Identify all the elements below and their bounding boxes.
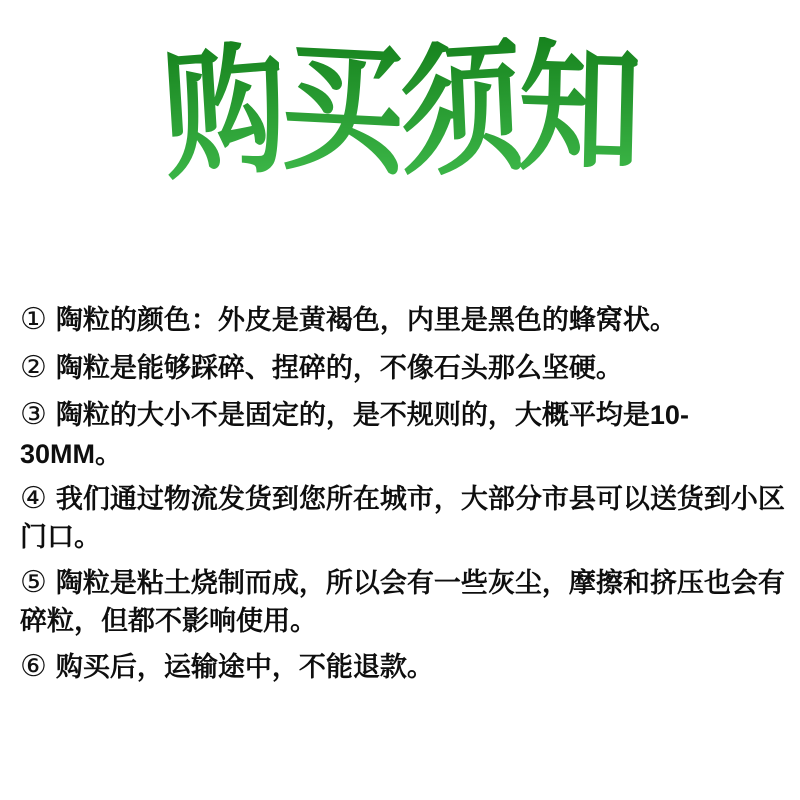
notice-text-2: 陶粒是能够踩碎、捏碎的，不像石头那么坚硬。 bbox=[56, 353, 623, 383]
notice-text-1: 陶粒的颜色：外皮是黄褐色，内里是黑色的蜂窝状。 bbox=[56, 305, 677, 335]
notice-number-6: ⑥ bbox=[20, 650, 47, 683]
notice-item-3: ③陶粒的大小不是固定的，是不规则的，大概平均是10-30MM。 bbox=[20, 395, 790, 472]
purchase-notice-page: 购买须知 ①陶粒的颜色：外皮是黄褐色，内里是黑色的蜂窝状。 ②陶粒是能够踩碎、捏… bbox=[0, 0, 800, 800]
notice-text-5: 陶粒是粘土烧制而成，所以会有一些灰尘，摩擦和挤压也会有碎粒，但都不影响使用。 bbox=[20, 568, 785, 637]
page-title-container: 购买须知 bbox=[0, 0, 800, 183]
notice-number-1: ① bbox=[20, 303, 47, 336]
notice-item-5: ⑤陶粒是粘土烧制而成，所以会有一些灰尘，摩擦和挤压也会有碎粒，但都不影响使用。 bbox=[20, 563, 790, 640]
notice-text-3: 陶粒的大小不是固定的，是不规则的，大概平均是10-30MM。 bbox=[20, 400, 689, 469]
notice-item-2: ②陶粒是能够踩碎、捏碎的，不像石头那么坚硬。 bbox=[20, 348, 790, 389]
notice-number-5: ⑤ bbox=[20, 566, 47, 599]
notice-number-3: ③ bbox=[20, 398, 47, 431]
notice-item-1: ①陶粒的颜色：外皮是黄褐色，内里是黑色的蜂窝状。 bbox=[20, 300, 790, 341]
page-title: 购买须知 bbox=[163, 38, 636, 183]
notice-number-4: ④ bbox=[20, 482, 47, 515]
notice-number-2: ② bbox=[20, 351, 47, 384]
notice-text-6: 购买后，运输途中，不能退款。 bbox=[56, 652, 434, 682]
notice-text-4: 我们通过物流发货到您所在城市，大部分市县可以送货到小区门口。 bbox=[20, 484, 785, 553]
notice-list: ①陶粒的颜色：外皮是黄褐色，内里是黑色的蜂窝状。 ②陶粒是能够踩碎、捏碎的，不像… bbox=[0, 300, 800, 694]
notice-item-4: ④我们通过物流发货到您所在城市，大部分市县可以送货到小区门口。 bbox=[20, 479, 790, 556]
notice-item-6: ⑥购买后，运输途中，不能退款。 bbox=[20, 647, 790, 688]
